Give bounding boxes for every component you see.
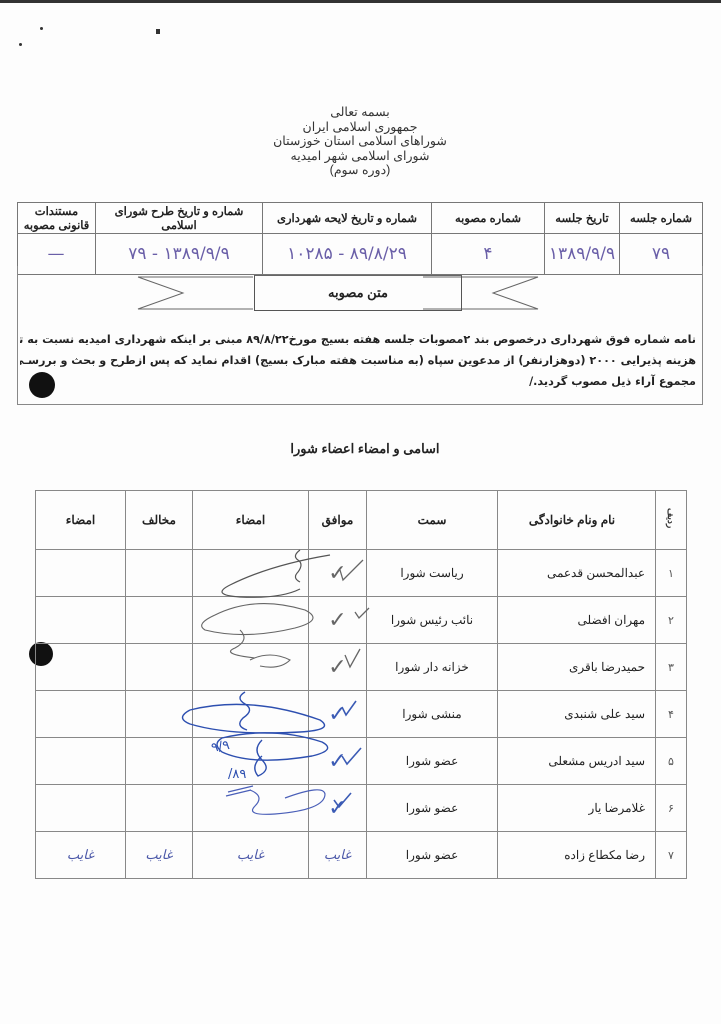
header-line-city-council: شورای اسلامی شهر امیدیه	[250, 149, 470, 164]
members-header-row-no: ردیف	[656, 491, 687, 550]
members-section-title: اسامی و امضاء اعضاء شورا	[250, 441, 480, 457]
member-index: ۷	[656, 832, 687, 879]
member-signature-2	[36, 597, 126, 644]
member-row: ۳ حمیدرضا باقری خزانه دار شورا ✓	[36, 644, 687, 691]
member-signature	[193, 597, 309, 644]
member-oppose	[126, 738, 193, 785]
meta-header-resolution-no: شماره مصوبه	[432, 203, 545, 234]
checkmark-icon: ✓	[328, 655, 346, 680]
member-signature	[193, 644, 309, 691]
checkmark-icon: ✓	[328, 749, 346, 774]
member-oppose	[126, 691, 193, 738]
member-name: مهران افضلی	[498, 597, 656, 644]
member-name: رضا مکطاع زاده	[498, 832, 656, 879]
resolution-body: نامه شماره فوق شهرداری درخصوص بند ۲مصوبا…	[20, 329, 696, 392]
members-header-signature: امضاء	[193, 491, 309, 550]
meta-header-session-no: شماره جلسه	[620, 203, 703, 234]
member-role: عضو شورا	[367, 738, 498, 785]
meta-header-session-date: تاریخ جلسه	[545, 203, 620, 234]
member-row: ۶ غلامرضا یار عضو شورا ✓	[36, 785, 687, 832]
member-signature	[193, 691, 309, 738]
member-signature: غایب	[193, 832, 309, 879]
members-header-name: نام ونام خانوادگی	[498, 491, 656, 550]
member-role: منشی شورا	[367, 691, 498, 738]
punch-hole	[29, 372, 55, 398]
member-row: ۱ عبدالمحسن قدعمی ریاست شورا ✓	[36, 550, 687, 597]
resolution-text-box: متن مصوبه نامه شماره فوق شهرداری درخصوص …	[17, 266, 703, 405]
meta-header-municipal-bill: شماره و تاریخ لایحه شهرداری	[263, 203, 432, 234]
member-index: ۴	[656, 691, 687, 738]
resolution-title: متن مصوبه	[254, 275, 462, 311]
resolution-meta-table: شماره جلسه تاریخ جلسه شماره مصوبه شماره …	[17, 202, 703, 275]
header-line-term: (دوره سوم)	[250, 163, 470, 178]
member-signature-2	[36, 644, 126, 691]
resolution-line-3: مجموع آراء ذیل مصوب گردید./	[20, 371, 696, 392]
member-name: حمیدرضا باقری	[498, 644, 656, 691]
member-index: ۲	[656, 597, 687, 644]
member-oppose	[126, 644, 193, 691]
member-signature	[193, 738, 309, 785]
member-agree-mark: ✓	[309, 550, 367, 597]
member-oppose	[126, 785, 193, 832]
scan-speck	[156, 29, 160, 34]
member-row: ۷ رضا مکطاع زاده عضو شورا غایب غایب غایب…	[36, 832, 687, 879]
member-name: غلامرضا یار	[498, 785, 656, 832]
member-role: عضو شورا	[367, 785, 498, 832]
checkmark-icon: ✓	[328, 702, 346, 727]
member-agree-mark: ✓	[309, 597, 367, 644]
member-signature-2: غایب	[36, 832, 126, 879]
member-oppose	[126, 550, 193, 597]
member-index: ۶	[656, 785, 687, 832]
absent-note: غایب	[145, 848, 172, 863]
member-row: ۵ سید ادریس مشعلی عضو شورا ✓	[36, 738, 687, 785]
members-header-signature-2: امضاء	[36, 491, 126, 550]
member-agree-mark: غایب	[309, 832, 367, 879]
member-agree-mark: ✓	[309, 738, 367, 785]
member-agree-mark: ✓	[309, 644, 367, 691]
member-oppose	[126, 597, 193, 644]
scan-speck	[19, 43, 22, 46]
member-role: خزانه دار شورا	[367, 644, 498, 691]
member-signature	[193, 785, 309, 832]
absent-note: غایب	[324, 848, 351, 863]
meta-header-row: شماره جلسه تاریخ جلسه شماره مصوبه شماره …	[18, 203, 703, 234]
member-row: ۴ سید علی شنبدی منشی شورا ✓	[36, 691, 687, 738]
members-header-role: سمت	[367, 491, 498, 550]
members-table: ردیف نام ونام خانوادگی سمت موافق امضاء م…	[35, 490, 687, 879]
member-signature	[193, 550, 309, 597]
checkmark-icon: ✓	[328, 796, 346, 821]
member-name: عبدالمحسن قدعمی	[498, 550, 656, 597]
members-header-agree: موافق	[309, 491, 367, 550]
member-signature-2	[36, 785, 126, 832]
meta-header-council-plan: شماره و تاریخ طرح شورای اسلامی	[96, 203, 263, 234]
member-row: ۲ مهران افضلی نائب رئیس شورا ✓	[36, 597, 687, 644]
meta-header-legal-docs: مستندات قانونی مصوبه	[18, 203, 96, 234]
header-line-province-councils: شوراهای اسلامی استان خوزستان	[250, 134, 470, 149]
resolution-line-2: هزینه پذیرایی ۲۰۰۰ (دوهزارنفر) از مدعوین…	[20, 350, 696, 371]
members-header-oppose: مخالف	[126, 491, 193, 550]
member-index: ۱	[656, 550, 687, 597]
member-agree-mark: ✓	[309, 785, 367, 832]
member-role: ریاست شورا	[367, 550, 498, 597]
member-oppose: غایب	[126, 832, 193, 879]
member-name: سید ادریس مشعلی	[498, 738, 656, 785]
scan-edge	[0, 0, 721, 3]
header-line-republic: جمهوری اسلامی ایران	[250, 120, 470, 135]
document-header: بسمه تعالی جمهوری اسلامی ایران شوراهای ا…	[250, 105, 470, 178]
member-index: ۵	[656, 738, 687, 785]
checkmark-icon: ✓	[328, 608, 346, 633]
member-agree-mark: ✓	[309, 691, 367, 738]
checkmark-icon: ✓	[328, 561, 346, 586]
member-signature-2	[36, 691, 126, 738]
member-name: سید علی شنبدی	[498, 691, 656, 738]
absent-note: غایب	[67, 848, 94, 863]
members-header-row: ردیف نام ونام خانوادگی سمت موافق امضاء م…	[36, 491, 687, 550]
member-role: نائب رئیس شورا	[367, 597, 498, 644]
absent-note: غایب	[237, 848, 264, 863]
member-role: عضو شورا	[367, 832, 498, 879]
member-signature-2	[36, 738, 126, 785]
header-line-basmala: بسمه تعالی	[250, 105, 470, 120]
scan-speck	[40, 27, 43, 30]
member-index: ۳	[656, 644, 687, 691]
member-signature-2	[36, 550, 126, 597]
resolution-line-1: نامه شماره فوق شهرداری درخصوص بند ۲مصوبا…	[20, 329, 696, 350]
